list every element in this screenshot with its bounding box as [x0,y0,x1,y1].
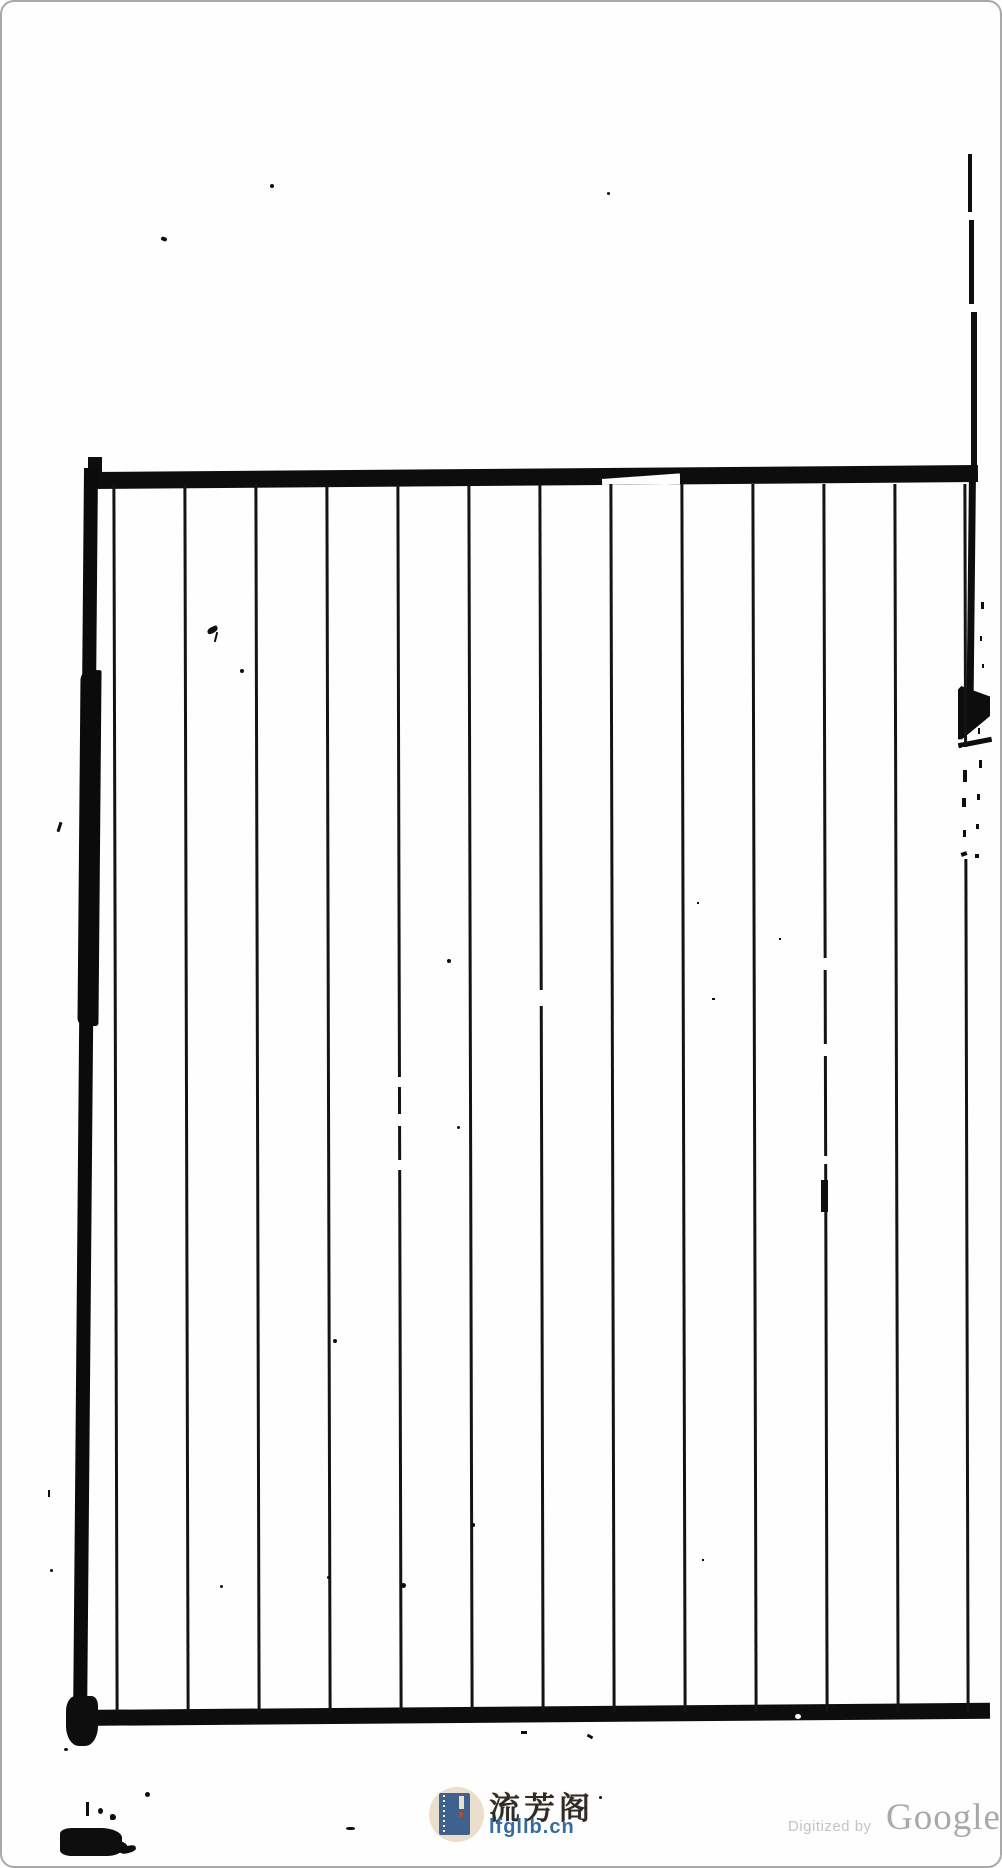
digitized-by-label: Digitized by [788,1818,872,1835]
ink-blob-right-border [958,686,990,744]
ink-speck [270,184,274,188]
ink-speck [110,1814,116,1820]
ruled-line [751,484,757,1712]
line-gap [396,1114,402,1126]
ink-dot [977,794,980,800]
ink-speck [697,902,699,904]
ink-speck [712,998,715,1000]
ink-speck [346,1827,355,1830]
ruled-line [893,484,899,1712]
frame-top-border [92,465,978,489]
ink-speck [98,1808,103,1814]
line-gap [822,1044,828,1056]
ink-dot [976,824,979,829]
ruled-line [183,484,189,1712]
ruled-line [112,484,118,1712]
ink-speck [220,1585,223,1588]
line-gap [822,1156,828,1164]
ink-speck [64,1748,68,1751]
book-red-seal-icon [459,1812,463,1817]
ink-speck [457,1126,460,1129]
ink-speck [327,1576,330,1579]
leaf-edge-line-segment [969,220,974,304]
ink-dot [982,664,984,668]
ink-speck [145,1792,150,1797]
book-icon [439,1793,470,1835]
google-logo: Google [886,1796,1001,1839]
ink-speck [472,1523,475,1527]
ink-speck [48,1490,50,1497]
ink-dot [981,602,984,609]
leaf-edge-line-segment [971,312,977,470]
line-gap [822,958,828,970]
ink-speck [587,1734,594,1740]
ink-speck [607,192,610,195]
frame-top-border-notch [602,473,680,485]
ink-speck [240,669,244,673]
ink-speck [57,822,63,832]
frame-right-border [967,470,976,692]
ink-speck [50,1569,53,1572]
ink-dash [963,770,967,782]
leaf-edge-line-segment [968,154,972,212]
line-thick-segment [821,1180,828,1212]
ruled-line [467,484,473,1712]
ink-speck [160,236,167,242]
frame-left-border-thick-section [77,670,101,1026]
ink-speck [214,632,218,642]
ink-speck [779,938,781,940]
ink-speck [86,1802,89,1816]
ink-dash [963,830,966,837]
ink-speck [447,959,451,963]
scanned-book-page: 流芳阁 lfglib.cn Digitized by Google [0,0,1002,1868]
line-gap [396,1160,402,1170]
book-title-label-icon [459,1796,464,1809]
ink-speck [702,1559,704,1561]
ruled-line [680,484,686,1712]
ruled-line [396,484,402,1712]
ink-speck [521,1731,527,1734]
book-spine-stitching-icon [443,1795,445,1833]
ruled-line [325,484,331,1712]
ink-speck [599,1796,602,1799]
ink-dot [979,760,982,768]
ink-speck [401,1583,406,1588]
ink-dot [975,854,979,858]
ink-speck [333,1339,337,1343]
ruled-line [822,484,828,1712]
ink-dot [979,702,982,707]
ink-dot [980,636,982,641]
watermark-site-url: lfglib.cn [489,1816,575,1839]
ink-dash [962,798,966,807]
ink-dot [978,728,980,734]
line-gap [396,1077,402,1087]
frame-bottom-left-corner-blob [66,1696,98,1746]
ruled-line [609,484,615,1712]
ruled-line [254,484,260,1712]
ink-void [795,1714,801,1719]
frame-left-border [73,468,98,1730]
line-gap [538,990,544,1006]
frame-bottom-border [72,1703,990,1726]
ruled-line [538,484,544,1712]
